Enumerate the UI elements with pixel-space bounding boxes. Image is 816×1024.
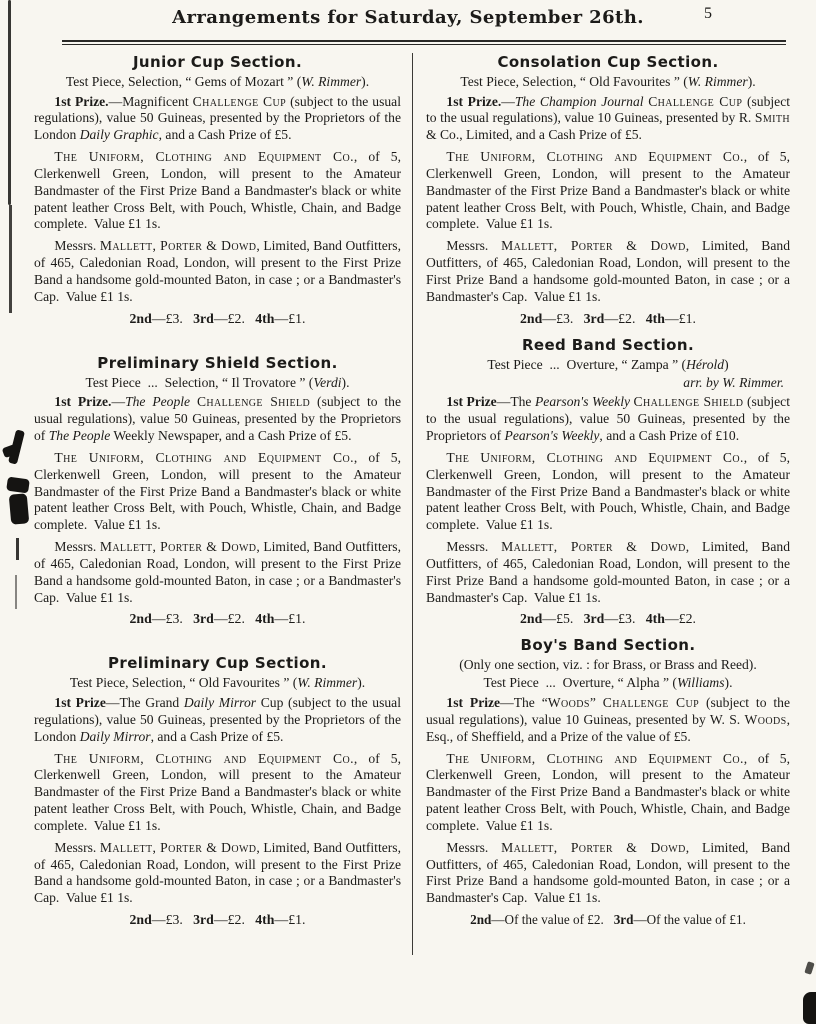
test-piece-line: Test Piece ... Overture, “ Alpha ” (Will… [426,675,790,692]
test-piece-line: Test Piece, Selection, “ Old Favourites … [426,74,790,91]
scan-artifact-ink-blob [9,493,30,524]
section-reed-band: Reed Band Section. Test Piece ... Overtu… [426,336,790,628]
section-heading: Consolation Cup Section. [426,53,790,71]
page-title: Arrangements for Saturday, September 26t… [0,7,816,28]
section-junior-cup: Junior Cup Section. Test Piece, Selectio… [34,53,401,327]
uniform-sponsor-paragraph: The Uniform, Clothing and Equipment Co.,… [34,751,401,835]
page-header: Arrangements for Saturday, September 26t… [0,0,816,37]
uniform-sponsor-paragraph: The Uniform, Clothing and Equipment Co.,… [426,149,790,233]
minor-prizes-line: 2nd—Of the value of £2. 3rd—Of the value… [426,912,790,928]
test-piece-line: Test Piece ... Overture, “ Zampa ” (Héro… [426,357,790,374]
uniform-sponsor-paragraph: The Uniform, Clothing and Equipment Co.,… [426,450,790,534]
section-heading: Preliminary Cup Section. [34,654,401,672]
uniform-sponsor-paragraph: The Uniform, Clothing and Equipment Co.,… [426,751,790,835]
section-heading: Preliminary Shield Section. [34,354,401,372]
mallett-sponsor-paragraph: Messrs. Mallett, Porter & Dowd, Limited,… [426,840,790,907]
section-preliminary-cup: Preliminary Cup Section. Test Piece, Sel… [34,654,401,928]
scan-artifact-ink-speck [804,961,814,975]
section-preliminary-shield: Preliminary Shield Section. Test Piece .… [34,354,401,628]
scanned-programme-page: Arrangements for Saturday, September 26t… [0,0,816,1024]
minor-prizes-line: 2nd—£3. 3rd—£2. 4th—£1. [426,311,790,327]
section-note-line: (Only one section, viz. : for Brass, or … [426,657,790,673]
scan-artifact-ink-dash [15,575,17,609]
section-consolation-cup: Consolation Cup Section. Test Piece, Sel… [426,53,790,327]
uniform-sponsor-paragraph: The Uniform, Clothing and Equipment Co.,… [34,450,401,534]
test-piece-line: Test Piece ... Selection, “ Il Trovatore… [34,375,401,392]
scan-artifact-ink-dash [16,538,19,560]
scan-artifact-binding-line [9,205,12,313]
mallett-sponsor-paragraph: Messrs. Mallett, Porter & Dowd, Limited,… [426,238,790,305]
scan-artifact-corner-blot [803,992,816,1024]
test-piece-line: Test Piece, Selection, “ Old Favourites … [34,675,401,692]
arranger-credit-line: arr. by W. Rimmer. [426,375,784,391]
mallett-sponsor-paragraph: Messrs. Mallett, Porter & Dowd, Limited,… [34,840,401,907]
test-piece-line: Test Piece, Selection, “ Gems of Mozart … [34,74,401,91]
section-heading: Boy's Band Section. [426,636,790,654]
scan-artifact-ink-blob [6,477,30,494]
page-number: 5 [704,5,712,23]
section-heading: Reed Band Section. [426,336,790,354]
first-prize-paragraph: 1st Prize—The “Woods” Challenge Cup (sub… [426,695,790,746]
first-prize-paragraph: 1st Prize.—The Champion Journal Challeng… [426,94,790,145]
right-column: Consolation Cup Section. Test Piece, Sel… [412,53,790,955]
first-prize-paragraph: 1st Prize—The Pearson's Weekly Challenge… [426,394,790,445]
mallett-sponsor-paragraph: Messrs. Mallett, Porter & Dowd, Limited,… [426,539,790,606]
minor-prizes-line: 2nd—£3. 3rd—£2. 4th—£1. [34,912,401,928]
first-prize-paragraph: 1st Prize—The Grand Daily Mirror Cup (su… [34,695,401,746]
minor-prizes-line: 2nd—£3. 3rd—£2. 4th—£1. [34,611,401,627]
mallett-sponsor-paragraph: Messrs. Mallett, Porter & Dowd, Limited,… [34,539,401,606]
section-boys-band: Boy's Band Section. (Only one section, v… [426,636,790,928]
minor-prizes-line: 2nd—£5. 3rd—£3. 4th—£2. [426,611,790,627]
two-column-layout: Junior Cup Section. Test Piece, Selectio… [0,45,816,955]
mallett-sponsor-paragraph: Messrs. Mallett, Porter & Dowd, Limited,… [34,238,401,305]
minor-prizes-line: 2nd—£3. 3rd—£2. 4th—£1. [34,311,401,327]
first-prize-paragraph: 1st Prize.—The People Challenge Shield (… [34,394,401,445]
uniform-sponsor-paragraph: The Uniform, Clothing and Equipment Co.,… [34,149,401,233]
left-column: Junior Cup Section. Test Piece, Selectio… [34,53,412,955]
section-heading: Junior Cup Section. [34,53,401,71]
first-prize-paragraph: 1st Prize.—Magnificent Challenge Cup (su… [34,94,401,145]
scan-artifact-binding-line [8,0,11,205]
